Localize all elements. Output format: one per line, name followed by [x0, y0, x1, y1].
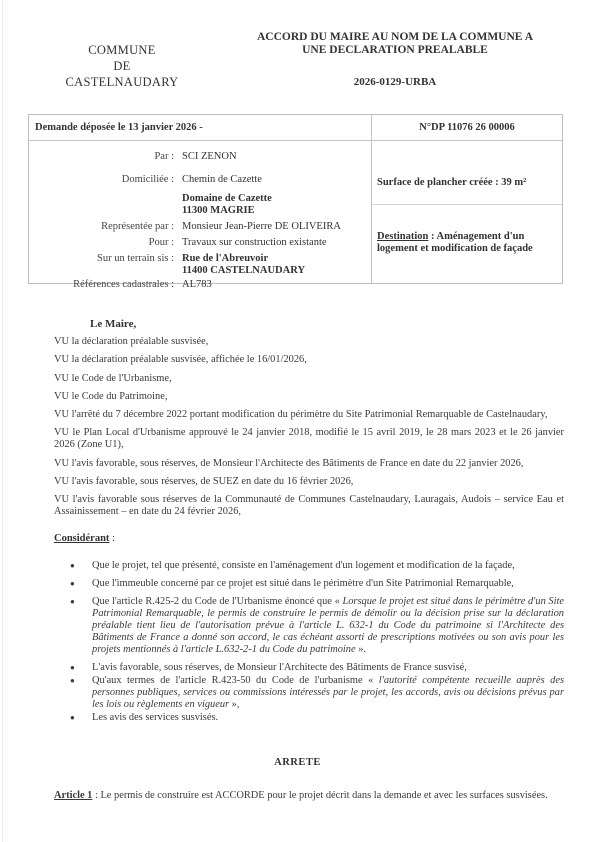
field-value: SCI ZENON — [182, 151, 237, 163]
considerant-item: ●L'avis favorable, sous réserves, de Mon… — [70, 662, 564, 674]
vu-item: VU la déclaration préalable susvisée, — [54, 336, 564, 348]
article-1-text: : Le permis de construire est ACCORDE po… — [92, 790, 547, 801]
vu-list: VU la déclaration préalable susvisée, VU… — [54, 336, 564, 525]
request-info-table: Demande déposée le 13 janvier 2026 - N°D… — [28, 114, 563, 284]
vu-item: VU le Code de l'Urbanisme, — [54, 373, 564, 385]
vu-item: VU le Plan Local d'Urbanisme approuvé le… — [54, 427, 564, 451]
considerant-suffix: : — [109, 533, 115, 544]
field-label: Représentée par : — [101, 221, 174, 233]
bullet-icon: ● — [70, 675, 75, 687]
bullet-icon: ● — [70, 578, 75, 590]
scan-edge — [2, 0, 3, 842]
document-reference: 2026-0129-URBA — [220, 76, 570, 88]
bullet-icon: ● — [70, 662, 75, 674]
surface-plancher: Surface de plancher créée : 39 m² — [377, 177, 526, 188]
vu-item: VU l'avis favorable, sous réserves, de M… — [54, 458, 564, 470]
right-cell-divider — [372, 204, 562, 205]
considerant-item: ●Les avis des services susvisés. — [70, 712, 564, 724]
vu-item: VU l'arrêté du 7 décembre 2022 portant m… — [54, 409, 564, 421]
bullet-icon: ● — [70, 596, 75, 608]
title-line: ACCORD DU MAIRE AU NOM DE LA COMMUNE A — [220, 31, 570, 44]
considerant-heading: Considérant : — [54, 533, 115, 544]
bullet-icon: ● — [70, 712, 75, 724]
vu-item: VU le Code du Patrimoine, — [54, 391, 564, 403]
header-divider — [29, 140, 562, 141]
submission-date: Demande déposée le 13 janvier 2026 - — [35, 122, 203, 133]
commune-name: COMMUNE DE CASTELNAUDARY — [52, 42, 192, 90]
vu-item: VU l'avis favorable, sous réserves, de S… — [54, 476, 564, 488]
arrete-heading: ARRETE — [0, 757, 595, 768]
considerant-label: Considérant — [54, 533, 109, 544]
destination: Destination : Aménagement d'un logement … — [377, 231, 557, 255]
considerant-item: ●Que l'immeuble concerné par ce projet e… — [70, 578, 564, 590]
document-title: ACCORD DU MAIRE AU NOM DE LA COMMUNE A U… — [220, 31, 570, 57]
field-label: Sur un terrain sis : — [97, 253, 174, 265]
field-value: 11300 MAGRIE — [182, 205, 255, 217]
field-label: Références cadastrales : — [73, 279, 174, 291]
title-line: UNE DECLARATION PREALABLE — [220, 44, 570, 57]
maire-heading: Le Maire, — [90, 318, 136, 330]
field-label: Domiciliée : — [122, 174, 174, 186]
field-value: AL783 — [182, 279, 212, 291]
field-label: Par : — [154, 151, 174, 163]
field-value: 11400 CASTELNAUDARY — [182, 265, 305, 277]
vu-item: VU l'avis favorable sous réserves de la … — [54, 494, 564, 518]
field-value: Rue de l'Abreuvoir — [182, 253, 268, 265]
article-1: Article 1 : Le permis de construire est … — [54, 790, 564, 802]
field-value: Chemin de Cazette — [182, 174, 262, 186]
considerant-list: ●Que le projet, tel que présenté, consis… — [70, 560, 564, 730]
commune-line: DE — [52, 58, 192, 74]
commune-line: CASTELNAUDARY — [52, 74, 192, 90]
commune-line: COMMUNE — [52, 42, 192, 58]
field-value: Monsieur Jean-Pierre DE OLIVEIRA — [182, 221, 341, 233]
considerant-item: ●Qu'aux termes de l'article R.423-50 du … — [70, 675, 564, 711]
dp-number: N°DP 11076 26 00006 — [372, 122, 562, 133]
vu-item: VU la déclaration préalable susvisée, af… — [54, 354, 564, 366]
article-1-label: Article 1 — [54, 790, 92, 801]
field-label: Pour : — [149, 237, 174, 249]
field-value: Domaine de Cazette — [182, 193, 272, 205]
bullet-icon: ● — [70, 560, 75, 572]
considerant-item: ●Que l'article R.425-2 du Code de l'Urba… — [70, 596, 564, 656]
considerant-item: ●Que le projet, tel que présenté, consis… — [70, 560, 564, 572]
destination-label: Destination — [377, 231, 428, 242]
field-value: Travaux sur construction existante — [182, 237, 327, 249]
